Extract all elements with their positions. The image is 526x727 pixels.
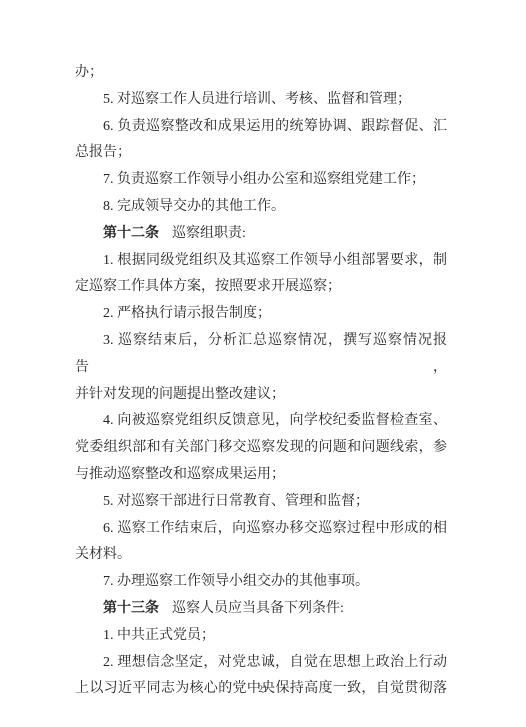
article-number: 第十三条 <box>103 601 159 616</box>
document-body: 办；5. 对巡察工作人员进行培训、考核、监督和管理；6. 负责巡察整改和成果运用… <box>75 60 447 703</box>
paragraph: 7. 负责巡察工作领导小组办公室和巡察组党建工作； <box>75 167 447 194</box>
text-line: 7. 办理巡察工作领导小组交办的其他事项。 <box>75 569 447 596</box>
paragraph: 7. 办理巡察工作领导小组交办的其他事项。 <box>75 569 447 596</box>
paragraph: 1. 根据同级党组织及其巡察工作领导小组部署要求，制定巡察工作具体方案，按照要求… <box>75 248 447 302</box>
paragraph: 5. 对巡察工作人员进行培训、考核、监督和管理； <box>75 87 447 114</box>
article-title: 巡察组职责: <box>172 226 246 241</box>
text-line: 7. 负责巡察工作领导小组办公室和巡察组党建工作； <box>75 167 447 194</box>
paragraph: 2. 严格执行请示报告制度； <box>75 301 447 328</box>
text-line: 关材料。 <box>75 542 447 569</box>
text-line: 8. 完成领导交办的其他工作。 <box>75 194 447 221</box>
text-line: 总报告； <box>75 140 447 167</box>
paragraph: 5. 对巡察干部进行日常教育、管理和监督； <box>75 489 447 516</box>
paragraph: 办； <box>75 60 447 87</box>
page-number: 21 <box>0 684 526 696</box>
text-line: 1. 中共正式党员； <box>75 623 447 650</box>
text-line: 6. 巡察工作结束后，向巡察办移交巡察过程中形成的相 <box>75 516 447 543</box>
paragraph: 第十二条巡察组职责: <box>75 221 447 248</box>
paragraph: 6. 巡察工作结束后，向巡察办移交巡察过程中形成的相关材料。 <box>75 516 447 570</box>
text-line: 党委组织部和有关部门移交巡察发现的问题和问题线索，参 <box>75 435 447 462</box>
text-line: 3. 巡察结束后，分析汇总巡察情况，撰写巡察情况报告， <box>75 328 447 382</box>
document-page: 办；5. 对巡察工作人员进行培训、考核、监督和管理；6. 负责巡察整改和成果运用… <box>0 0 526 727</box>
text-line: 第十三条巡察人员应当具备下列条件: <box>75 596 447 623</box>
text-line: 定巡察工作具体方案，按照要求开展巡察； <box>75 274 447 301</box>
article-number: 第十二条 <box>103 226 159 241</box>
paragraph: 8. 完成领导交办的其他工作。 <box>75 194 447 221</box>
text-line: 5. 对巡察干部进行日常教育、管理和监督； <box>75 489 447 516</box>
paragraph: 4. 向被巡察党组织反馈意见，向学校纪委监督检查室、党委组织部和有关部门移交巡察… <box>75 408 447 488</box>
text-line: 并针对发现的问题提出整改建议； <box>75 382 447 409</box>
text-line: 2. 严格执行请示报告制度； <box>75 301 447 328</box>
paragraph: 3. 巡察结束后，分析汇总巡察情况，撰写巡察情况报告，并针对发现的问题提出整改建… <box>75 328 447 408</box>
text-line: 办； <box>75 60 447 87</box>
paragraph: 第十三条巡察人员应当具备下列条件: <box>75 596 447 623</box>
text-line: 2. 理想信念坚定，对党忠诚，自觉在思想上政治上行动 <box>75 650 447 677</box>
text-line: 与推动巡察整改和巡察成果运用； <box>75 462 447 489</box>
text-line: 1. 根据同级党组织及其巡察工作领导小组部署要求，制 <box>75 248 447 275</box>
paragraph: 1. 中共正式党员； <box>75 623 447 650</box>
paragraph: 6. 负责巡察整改和成果运用的统筹协调、跟踪督促、汇总报告； <box>75 114 447 168</box>
text-line: 6. 负责巡察整改和成果运用的统筹协调、跟踪督促、汇 <box>75 114 447 141</box>
text-line: 5. 对巡察工作人员进行培训、考核、监督和管理； <box>75 87 447 114</box>
text-line: 第十二条巡察组职责: <box>75 221 447 248</box>
text-line: 4. 向被巡察党组织反馈意见，向学校纪委监督检查室、 <box>75 408 447 435</box>
article-title: 巡察人员应当具备下列条件: <box>172 601 344 616</box>
